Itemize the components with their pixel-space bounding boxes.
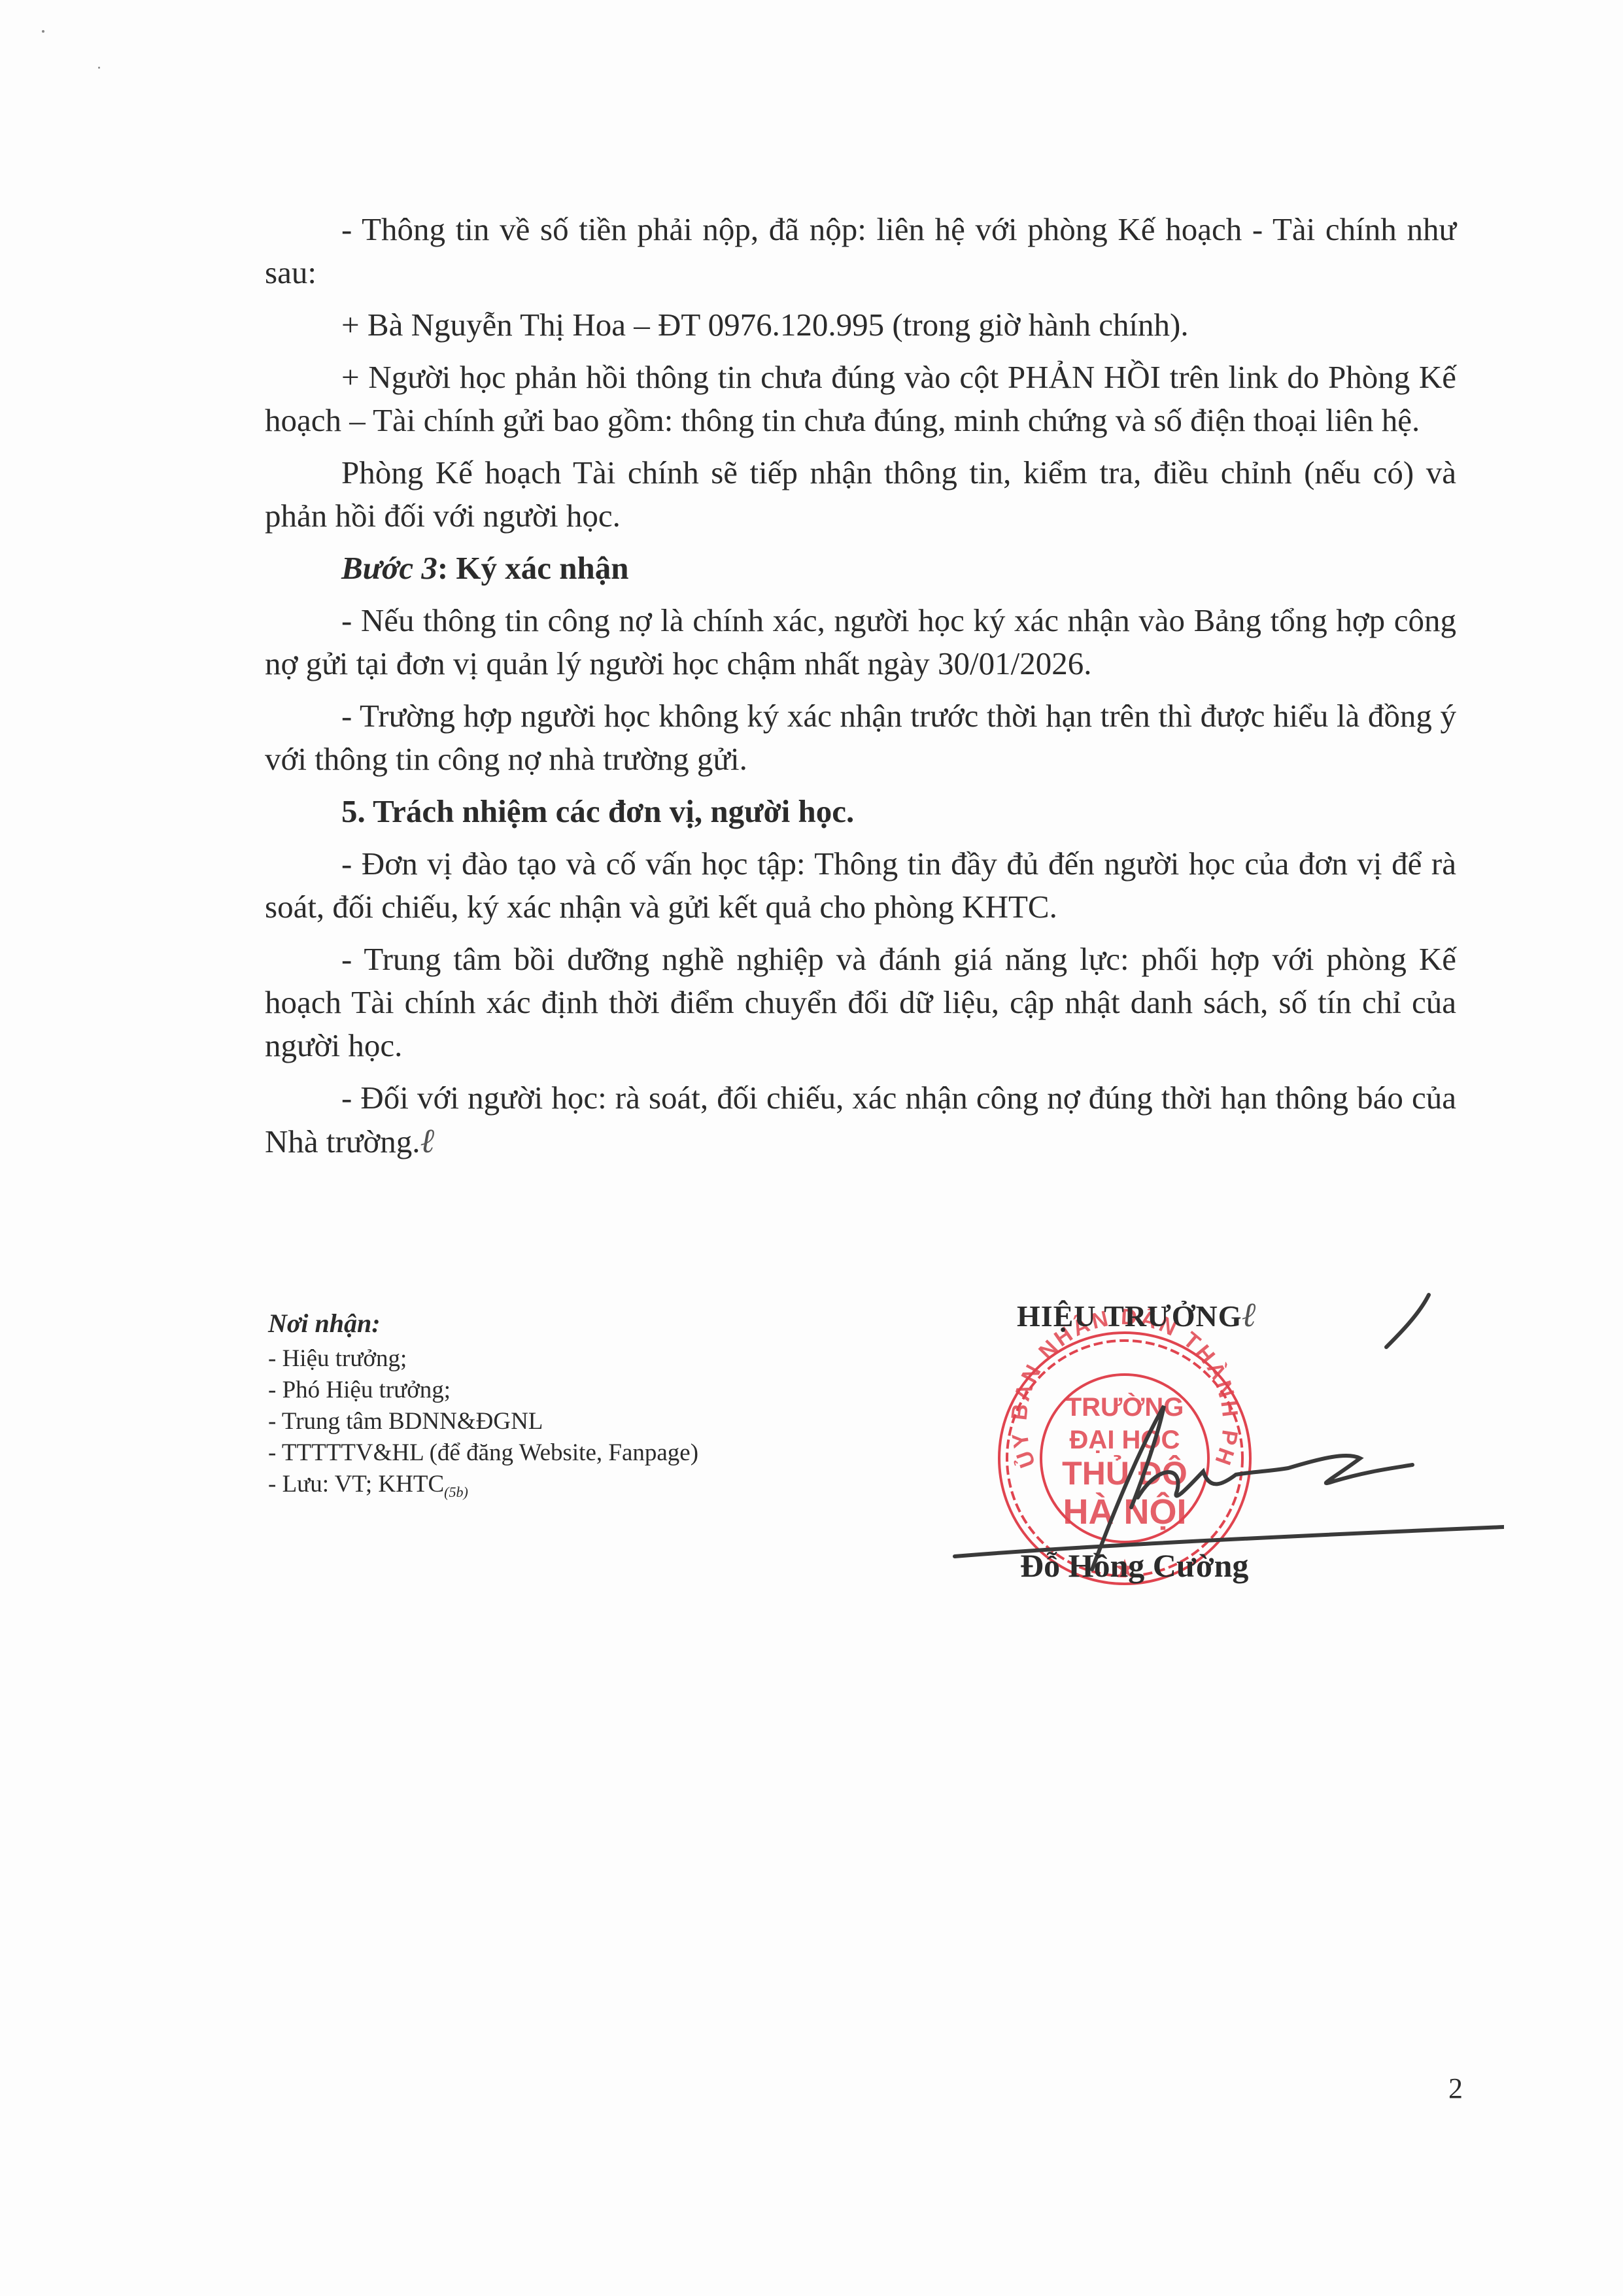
paragraph-step3-confirm: - Nếu thông tin công nợ là chính xác, ng… [265,599,1456,685]
signature-title: HIỆU TRƯỞNGℓ [1017,1295,1257,1335]
paragraph-section5-units: - Đơn vị đào tạo và cố vấn học tập: Thôn… [265,842,1456,929]
initials-mark: ℓ [420,1122,435,1161]
page-number: 2 [1448,2072,1463,2105]
paragraph-finance-office: Phòng Kế hoạch Tài chính sẽ tiếp nhận th… [265,451,1456,538]
step3-heading: Bước 3: Ký xác nhận [265,547,1456,590]
svg-text:HÀ NỘI: HÀ NỘI [1063,1492,1187,1532]
svg-text:TRƯỜNG: TRƯỜNG [1066,1392,1184,1422]
paragraph-feedback: + Người học phản hồi thông tin chưa đúng… [265,356,1456,442]
scan-speck [42,30,44,33]
scan-speck [98,67,100,69]
section5-heading: 5. Trách nhiệm các đơn vị, người học. [265,790,1456,833]
svg-text:ĐẠI HỌC: ĐẠI HỌC [1070,1426,1180,1454]
paragraph-step3-default: - Trường hợp người học không ký xác nhận… [265,694,1456,781]
step3-label: Bước 3 [341,550,437,586]
section5-learners-text: - Đối với người học: rà soát, đối chiếu,… [265,1080,1456,1159]
body-text: - Thông tin về số tiền phải nộp, đã nộp:… [265,208,1456,1173]
recipients-block: Nơi nhận: - Hiệu trưởng; - Phó Hiệu trưở… [268,1308,698,1508]
recipient-item: - TTTTTV&HL (để đăng Website, Fanpage) [268,1437,698,1469]
recipient-item: - Hiệu trưởng; [268,1343,698,1375]
paragraph-section5-center: - Trung tâm bồi dưỡng nghề nghiệp và đán… [265,938,1456,1067]
signature-block: ỦY BAN NHÂN DÂN THÀNH PHỐ HÀ NỘI TRƯỜNG … [942,1282,1504,1609]
step3-title: : Ký xác nhận [437,550,629,586]
recipient-item: - Lưu: VT; KHTC(5b) [268,1469,698,1508]
recipient-item: - Phó Hiệu trưởng; [268,1375,698,1406]
paragraph-section5-learners: - Đối với người học: rà soát, đối chiếu,… [265,1076,1456,1163]
signatory-name: Đỗ Hồng Cường [1020,1547,1248,1585]
recipient-archive: - Lưu: VT; KHTC [268,1471,444,1498]
document-page: - Thông tin về số tiền phải nộp, đã nộp:… [0,0,1623,2296]
paragraph-payment-info: - Thông tin về số tiền phải nộp, đã nộp:… [265,208,1456,294]
recipient-archive-copies: (5b) [444,1484,468,1500]
paragraph-contact-person: + Bà Nguyễn Thị Hoa – ĐT 0976.120.995 (t… [265,303,1456,347]
recipients-title: Nơi nhận: [268,1308,698,1339]
initials-mark: ℓ [1242,1295,1257,1335]
recipient-item: - Trung tâm BDNN&ĐGNL [268,1406,698,1437]
signature-title-text: HIỆU TRƯỞNG [1017,1299,1242,1333]
